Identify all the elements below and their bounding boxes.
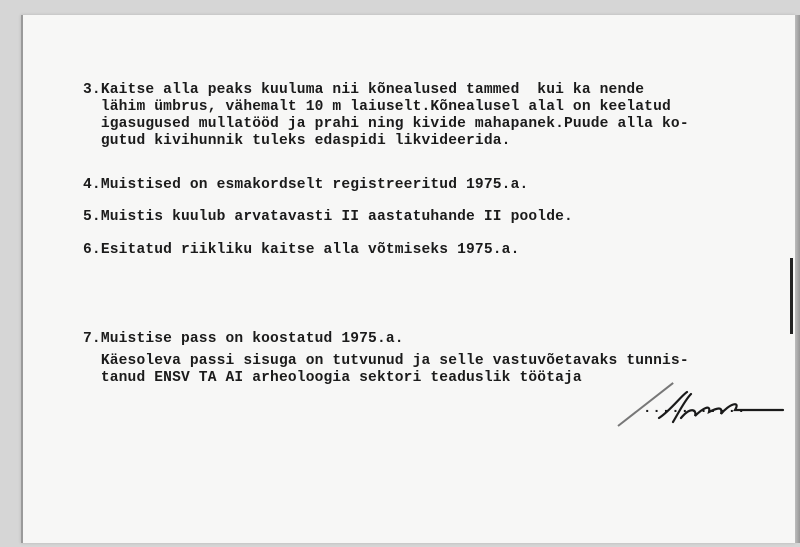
item-3-line-3: igasugused mullatööd ja prahi ning kivid… bbox=[83, 116, 689, 133]
item-6: 6.Esitatud riikliku kaitse alla võtmisek… bbox=[83, 242, 519, 259]
item-3-line-4: gutud kivihunnik tuleks edaspidi likvide… bbox=[83, 133, 511, 150]
item-4: 4.Muistised on esmakordselt registreerit… bbox=[83, 177, 528, 194]
document-card: 3.Kaitse alla peaks kuuluma nii kõnealus… bbox=[21, 15, 795, 543]
edge-mark bbox=[790, 258, 793, 334]
item-7-line-2: Käesoleva passi sisuga on tutvunud ja se… bbox=[83, 353, 689, 370]
item-5: 5.Muistis kuulub arvatavasti II aastatuh… bbox=[83, 209, 573, 226]
item-3-line-1: 3.Kaitse alla peaks kuuluma nii kõnealus… bbox=[83, 82, 644, 99]
item-3-line-2: lähim ümbrus, vähemalt 10 m laiuselt.Kõn… bbox=[83, 99, 671, 116]
item-7-line-1: 7.Muistise pass on koostatud 1975.a. bbox=[83, 331, 404, 348]
item-7-line-3: tanud ENSV TA AI arheoloogia sektori tea… bbox=[83, 370, 582, 387]
signature-dots: ........... bbox=[643, 401, 746, 417]
